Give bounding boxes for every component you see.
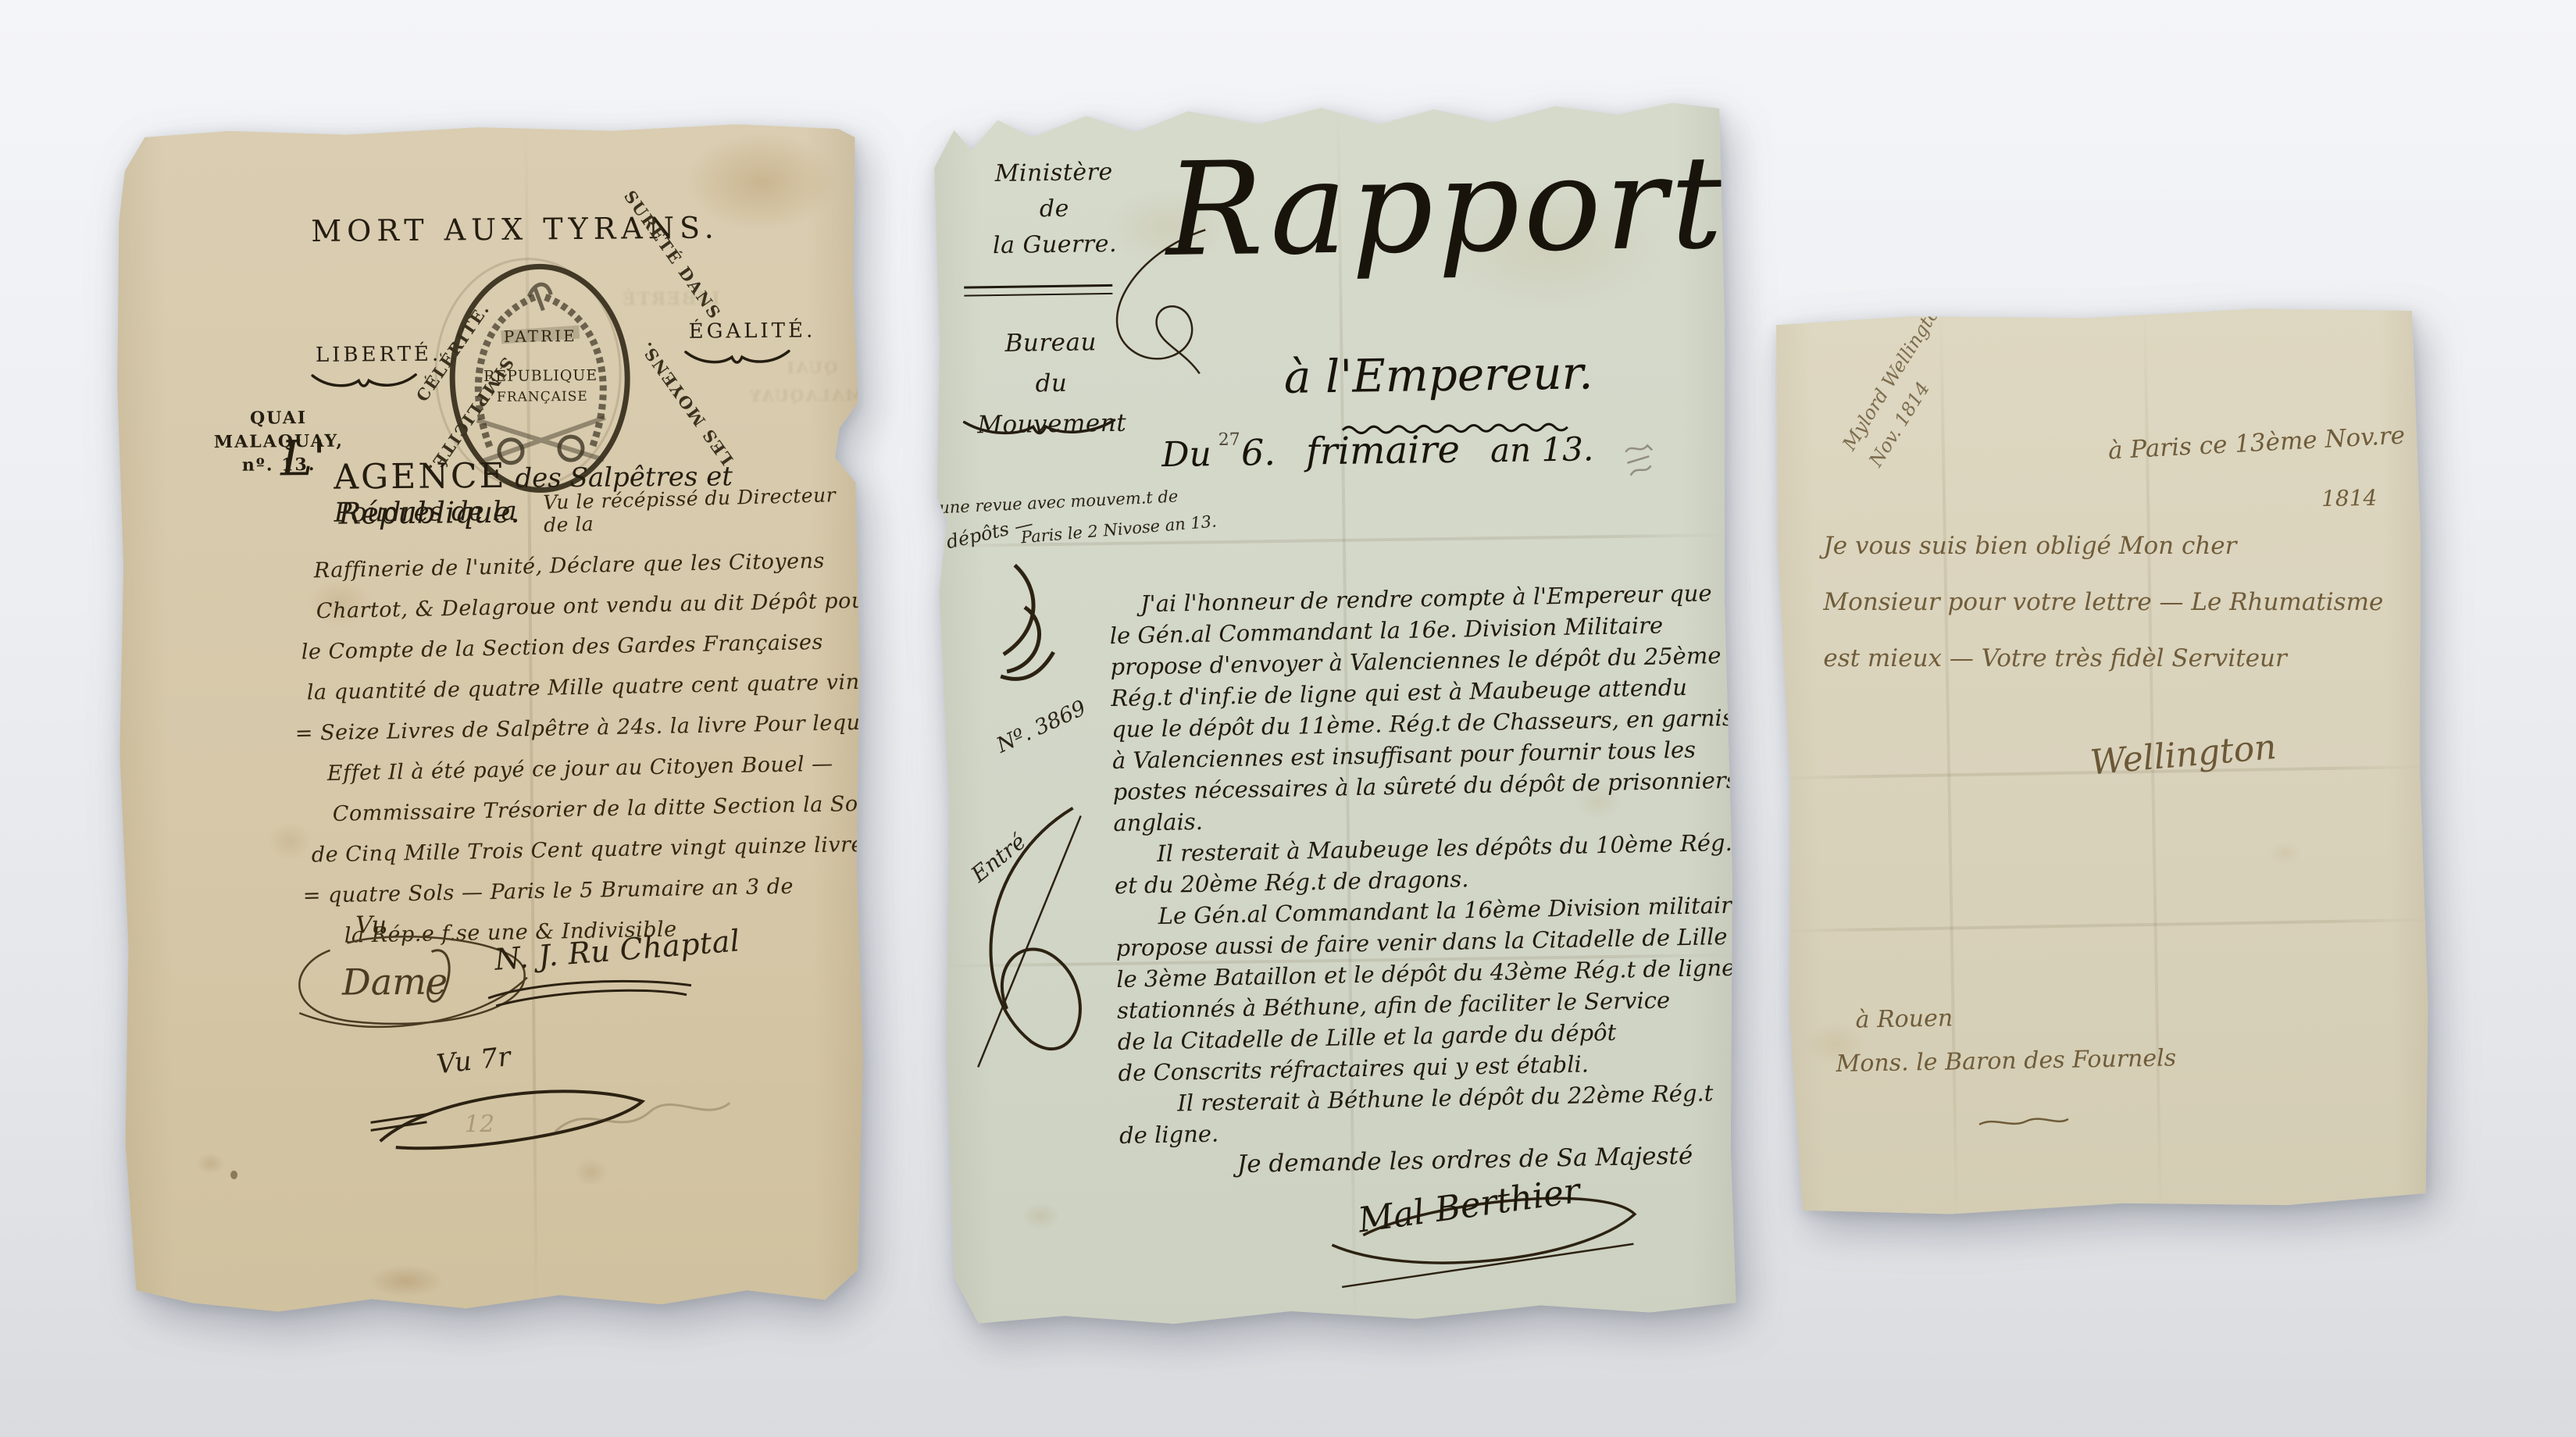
margin-paraph	[983, 558, 1063, 684]
text-line: MALAQUAY,	[201, 429, 357, 454]
signature-dame-text: Dame	[341, 960, 448, 1003]
fold-crease	[1782, 918, 2429, 932]
text-line: QUAI	[200, 405, 356, 430]
date-year: an 13.	[1490, 430, 1594, 469]
manuscript-intro: Vu le récépissé du Directeur de la	[543, 483, 862, 537]
right-document-wrap: Mylord Wellington Nov. 1814 à Paris ce 1…	[1779, 308, 2426, 1222]
text-line: est mieux — Votre très fidèl Serviteur	[1823, 630, 2401, 686]
signature-berthier: Mal Berthier	[1312, 1165, 1681, 1311]
bleedthrough-line: QUAI	[761, 353, 862, 382]
photo-background: MORT AUX TYRANS. PATRIE RÉPUBLIQUE FRANÇ…	[0, 0, 2576, 1437]
brace-under-bureau	[962, 415, 1118, 440]
date-prefix: Du	[1161, 434, 1211, 475]
text-line: Je vous suis bien obligé Mon cher	[1823, 518, 2401, 574]
middle-document-wrap: Ministèredela Guerre. Bureaudu Mouvement…	[939, 102, 1732, 1335]
middle-document: Ministèredela Guerre. Bureaudu Mouvement…	[930, 96, 1740, 1341]
ghost-signature	[548, 1075, 737, 1155]
seal-text-francaise: FRANÇAISE	[497, 389, 588, 405]
fold-crease	[1939, 311, 1958, 1225]
address-underline	[1978, 1114, 2071, 1132]
brace-under-liberte	[309, 371, 419, 392]
address-recipient: Mons. le Baron des Fournels	[1836, 1044, 2176, 1078]
manuscript-body: Raffinerie de l'unité, Déclare que les C…	[291, 540, 846, 957]
signature-berthier-text: Mal Berthier	[1355, 1171, 1585, 1241]
registry-number: Nº. 3869	[993, 696, 1090, 758]
margin-annotation-flourish	[955, 792, 1108, 1075]
date-correction: 27	[1218, 430, 1240, 450]
signature-wellington: Wellington	[2089, 727, 2278, 783]
right-document: Mylord Wellington Nov. 1814 à Paris ce 1…	[1771, 303, 2434, 1228]
agency-title-line2: République.	[338, 495, 519, 531]
pencil-doodle	[1622, 440, 1654, 480]
agency-caps: AGENCE	[334, 456, 507, 497]
bleedthrough-quai: QUAI MALAQUAY	[761, 353, 863, 410]
date-month: frimaire	[1306, 428, 1461, 474]
folded-corner	[112, 128, 148, 173]
text-line: Monsieur pour votre lettre — Le Rhumatis…	[1823, 574, 2401, 630]
date-line: Du 27 6. frimaire an 13.	[1161, 425, 1670, 476]
report-title: Rapport	[1165, 127, 1728, 285]
signature-right-flourish	[487, 972, 698, 1012]
margin-note-1: une revue avec mouvem.t de	[939, 487, 1179, 517]
paper-hole	[230, 1171, 237, 1179]
address-city: à Rouen	[1855, 1004, 1953, 1033]
docket-note: Mylord Wellington Nov. 1814	[1834, 291, 1980, 473]
printed-lead: L'	[280, 430, 326, 487]
bleedthrough-liberte: LIBERTÉ	[621, 288, 719, 309]
liberte-label: LIBERTÉ.	[316, 343, 442, 367]
letter-body: Je vous suis bien obligé Mon cherMonsieu…	[1823, 518, 2401, 686]
text-line: Ministère	[964, 154, 1144, 192]
report-body: J'ai l'honneur de rendre compte à l'Empe…	[1109, 577, 1729, 1182]
report-subtitle: à l'Empereur.	[1283, 346, 1593, 404]
faint-number: 12	[464, 1111, 494, 1138]
text-line: Bureau	[957, 321, 1145, 364]
letter-year: 1814	[2321, 485, 2378, 512]
seal-text-patrie: PATRIE	[504, 326, 577, 346]
letter-date: à Paris ce 13ème Nov.re	[2107, 422, 2406, 465]
egalite-label: ÉGALITÉ.	[689, 319, 816, 343]
date-day: 6.	[1241, 431, 1276, 474]
left-document-wrap: MORT AUX TYRANS. PATRIE RÉPUBLIQUE FRANÇ…	[117, 125, 863, 1316]
left-document: MORT AUX TYRANS. PATRIE RÉPUBLIQUE FRANÇ…	[112, 122, 868, 1319]
bleedthrough-line: MALAQUAY	[761, 381, 862, 410]
